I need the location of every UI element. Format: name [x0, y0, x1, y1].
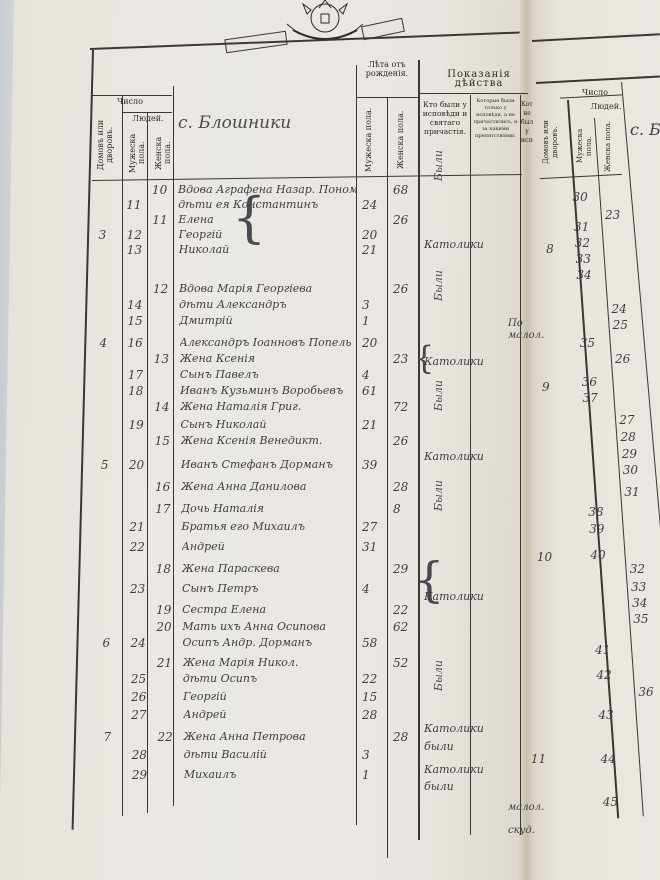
- male-count: 22: [130, 540, 145, 554]
- age-male: 1: [362, 768, 370, 782]
- col-divider-actions: [418, 60, 420, 840]
- female-count: 15: [155, 434, 170, 448]
- age-male: 24: [362, 198, 377, 212]
- side-note: скуд.: [508, 825, 535, 836]
- age-female: 68: [393, 183, 408, 197]
- male-count: 17: [128, 368, 143, 382]
- confession-note: Католики: [424, 238, 484, 251]
- household-number: 6: [103, 636, 111, 650]
- right-male-count: 32: [575, 236, 590, 250]
- household-number: 5: [101, 458, 109, 472]
- female-count: 13: [154, 352, 169, 366]
- age-male: 22: [362, 672, 377, 686]
- header-actions-group: Показанія дѣйства: [424, 70, 534, 88]
- right-male-count: 35: [580, 336, 595, 350]
- right-female-count: 28: [621, 430, 636, 444]
- age-male: 1: [362, 314, 370, 328]
- right-female-count: 27: [619, 413, 634, 427]
- male-count: 12: [127, 228, 142, 242]
- right-female-count: 35: [633, 612, 648, 626]
- household-number: 3: [99, 228, 107, 242]
- male-count: 13: [127, 243, 142, 257]
- person-name: Жена Марія Никол.: [183, 656, 299, 669]
- person-name: Николай: [179, 243, 230, 256]
- right-female-count: 32: [630, 562, 645, 576]
- right-male-count: 34: [576, 268, 591, 282]
- age-female: 28: [393, 730, 408, 744]
- family-brace: {: [232, 198, 266, 238]
- right-header-female: Женска пола.: [604, 118, 616, 174]
- confession-note: Католики: [424, 450, 484, 463]
- right-household-number: 10: [537, 550, 552, 564]
- female-count: 17: [155, 502, 170, 516]
- right-header-persons: Людей.: [588, 102, 624, 111]
- person-name: Александръ Іоанновъ Попель: [180, 336, 352, 349]
- person-name: Вдова Аграфена Назар. Пономарева: [178, 183, 356, 196]
- female-count: 21: [157, 656, 172, 670]
- age-female: 26: [393, 282, 408, 296]
- male-count: 15: [127, 314, 142, 328]
- right-household-number: 8: [546, 242, 554, 256]
- col-divider-houses: [122, 96, 123, 816]
- female-count: 20: [156, 620, 171, 634]
- female-count: 12: [153, 282, 168, 296]
- right-household-number: 11: [531, 752, 546, 766]
- age-male: 21: [362, 418, 377, 432]
- side-note: малол.: [508, 330, 544, 341]
- person-name: Жена Ксенія: [180, 352, 255, 365]
- male-count: 20: [129, 458, 144, 472]
- confession-note: были: [424, 740, 454, 753]
- age-header-rule: [356, 97, 418, 98]
- household-number: 7: [103, 730, 111, 744]
- right-header-households: Домовъ или дворовъ.: [542, 110, 562, 174]
- male-count: 28: [132, 748, 147, 762]
- col-divider-female: [173, 86, 174, 806]
- female-count: 19: [156, 603, 171, 617]
- header-female: Женска пола.: [154, 128, 168, 178]
- confession-note: Католики: [424, 722, 484, 735]
- age-male: 3: [362, 298, 370, 312]
- right-male-count: 38: [588, 505, 603, 519]
- right-female-count: 31: [624, 485, 639, 499]
- header-age-female: Женска пола.: [396, 105, 410, 175]
- right-male-count: 37: [583, 391, 598, 405]
- age-male: 58: [362, 636, 377, 650]
- age-male: 39: [362, 458, 377, 472]
- right-male-count: 40: [590, 548, 605, 562]
- confession-note: Католики: [424, 763, 484, 776]
- right-male-count: 45: [603, 795, 618, 809]
- person-name: Осипъ Андр. Дорманъ: [183, 636, 313, 649]
- male-count: 23: [130, 582, 145, 596]
- person-name: дѣти Александръ: [179, 298, 286, 311]
- right-male-count: 43: [598, 708, 613, 722]
- male-count: 16: [128, 336, 143, 350]
- male-count: 11: [126, 198, 141, 212]
- person-name: Сынъ Петръ: [182, 582, 258, 595]
- village-name: с. Блошники: [178, 113, 291, 133]
- male-count: 19: [128, 418, 143, 432]
- confession-note: Католики: [424, 590, 484, 603]
- age-male: 20: [362, 228, 377, 242]
- female-count: 18: [156, 562, 171, 576]
- age-female: 62: [393, 620, 408, 634]
- person-name: Сестра Елена: [182, 603, 266, 616]
- person-name: Иванъ Стефанъ Дорманъ: [181, 458, 333, 471]
- right-female-count: 30: [623, 463, 638, 477]
- person-name: дѣти Василій: [184, 748, 267, 761]
- person-name: Дмитрій: [179, 314, 232, 327]
- confession-note: были: [424, 780, 454, 793]
- person-name: Мать ихъ Анна Осипова: [182, 620, 326, 633]
- right-female-count: 36: [638, 685, 653, 699]
- person-name: Жена Анна Петрова: [183, 730, 305, 743]
- header-households: Домовъ или дворовъ.: [96, 115, 118, 175]
- female-count: 11: [152, 213, 167, 227]
- right-header-count: Число: [570, 88, 620, 97]
- header-rule: [92, 95, 172, 96]
- person-name: Дочь Наталія: [181, 502, 264, 515]
- age-male: 27: [362, 520, 377, 534]
- person-name: Сынъ Николай: [180, 418, 266, 431]
- person-name: Андрей: [182, 540, 225, 553]
- person-name: Жена Параскева: [182, 562, 280, 575]
- female-count: 16: [155, 480, 170, 494]
- right-household-number: 9: [542, 380, 550, 394]
- person-name: дѣти Осипъ: [183, 672, 257, 685]
- age-female: 22: [393, 603, 408, 617]
- right-male-count: 41: [595, 643, 610, 657]
- header-only-confessed: Которые были только у исповѣди, а не при…: [472, 98, 519, 140]
- age-female: 28: [393, 480, 408, 494]
- male-count: 25: [131, 672, 146, 686]
- confession-note: Католики: [424, 355, 484, 368]
- person-name: Иванъ Кузьминъ Воробьевъ: [180, 384, 343, 397]
- confession-note-vertical: Были: [432, 270, 445, 301]
- confession-note-vertical: Были: [432, 380, 445, 411]
- age-female: 29: [393, 562, 408, 576]
- male-count: 26: [131, 690, 146, 704]
- age-female: 26: [393, 213, 408, 227]
- age-male: 28: [362, 708, 377, 722]
- right-female-count: 29: [622, 447, 637, 461]
- person-name: Андрей: [183, 708, 226, 721]
- age-female: 8: [393, 502, 401, 516]
- person-name: Михаилъ: [184, 768, 237, 781]
- col-divider-male: [147, 113, 148, 813]
- header-persons: Людей.: [124, 114, 172, 123]
- actions-header-rule: [418, 93, 528, 94]
- right-female-count: 26: [615, 352, 630, 366]
- col-divider-age: [387, 98, 388, 858]
- side-note: По: [508, 318, 523, 329]
- confession-note-vertical: Были: [432, 660, 445, 691]
- age-male: 21: [362, 243, 377, 257]
- age-male: 20: [362, 336, 377, 350]
- person-name: Жена Ксенія Венедикт.: [181, 434, 323, 447]
- household-number: 4: [100, 336, 108, 350]
- person-name: Жена Анна Данилова: [181, 480, 306, 493]
- male-count: 21: [129, 520, 144, 534]
- col-divider-only-confessed: [520, 95, 521, 835]
- person-name: Жена Наталія Григ.: [180, 400, 301, 413]
- side-note: малол.: [508, 802, 544, 813]
- right-male-count: 33: [576, 252, 591, 266]
- right-male-count: 36: [582, 375, 597, 389]
- right-male-count: 31: [574, 220, 589, 234]
- header-count: Число: [100, 97, 160, 106]
- person-name: Георгій: [183, 690, 227, 703]
- col-divider-name: [356, 65, 357, 825]
- age-male: 31: [362, 540, 377, 554]
- female-count: 22: [157, 730, 172, 744]
- male-count: 18: [128, 384, 143, 398]
- age-male: 61: [362, 384, 377, 398]
- person-name: Братья его Михаилъ: [181, 520, 305, 533]
- male-count: 29: [132, 768, 147, 782]
- age-female: 52: [393, 656, 408, 670]
- header-confessed: Кто были у исповѣди и святаго причастія.: [421, 100, 469, 136]
- right-male-count: 42: [596, 668, 611, 682]
- age-female: 26: [393, 434, 408, 448]
- age-female: 23: [393, 352, 408, 366]
- age-female: 72: [393, 400, 408, 414]
- female-count: 10: [152, 183, 167, 197]
- right-female-count: 23: [605, 208, 620, 222]
- right-male-count: 30: [573, 190, 588, 204]
- male-count: 27: [131, 708, 146, 722]
- right-male-count: 39: [589, 522, 604, 536]
- right-female-count: 34: [632, 596, 647, 610]
- right-village-fragment: с. Б: [630, 120, 660, 139]
- age-male: 15: [362, 690, 377, 704]
- right-male-count: 44: [601, 752, 616, 766]
- female-count: 14: [154, 400, 169, 414]
- right-female-count: 25: [613, 318, 628, 332]
- right-female-count: 33: [631, 580, 646, 594]
- confession-note-vertical: Были: [432, 480, 445, 511]
- age-male: 4: [362, 582, 370, 596]
- right-female-count: 24: [612, 302, 627, 316]
- header-age-male: Мужеска пола.: [364, 105, 378, 175]
- age-male: 4: [362, 368, 370, 382]
- age-male: 3: [362, 748, 370, 762]
- person-name: Сынъ Павелъ: [180, 368, 259, 381]
- person-name: Вдова Марія Георгіева: [179, 282, 312, 295]
- header-age-group: Лѣта отъ рожденія.: [360, 60, 414, 78]
- right-header-male: Мужеска пола.: [576, 118, 588, 174]
- header-male: Мужеска пола.: [128, 128, 142, 178]
- male-count: 14: [127, 298, 142, 312]
- male-count: 24: [131, 636, 146, 650]
- person-name: Елена: [178, 213, 213, 226]
- header-not-confessed: Которые не были у исповѣди: [521, 100, 533, 150]
- person-name: Георгій: [179, 228, 223, 241]
- confession-note-vertical: Были: [432, 150, 445, 181]
